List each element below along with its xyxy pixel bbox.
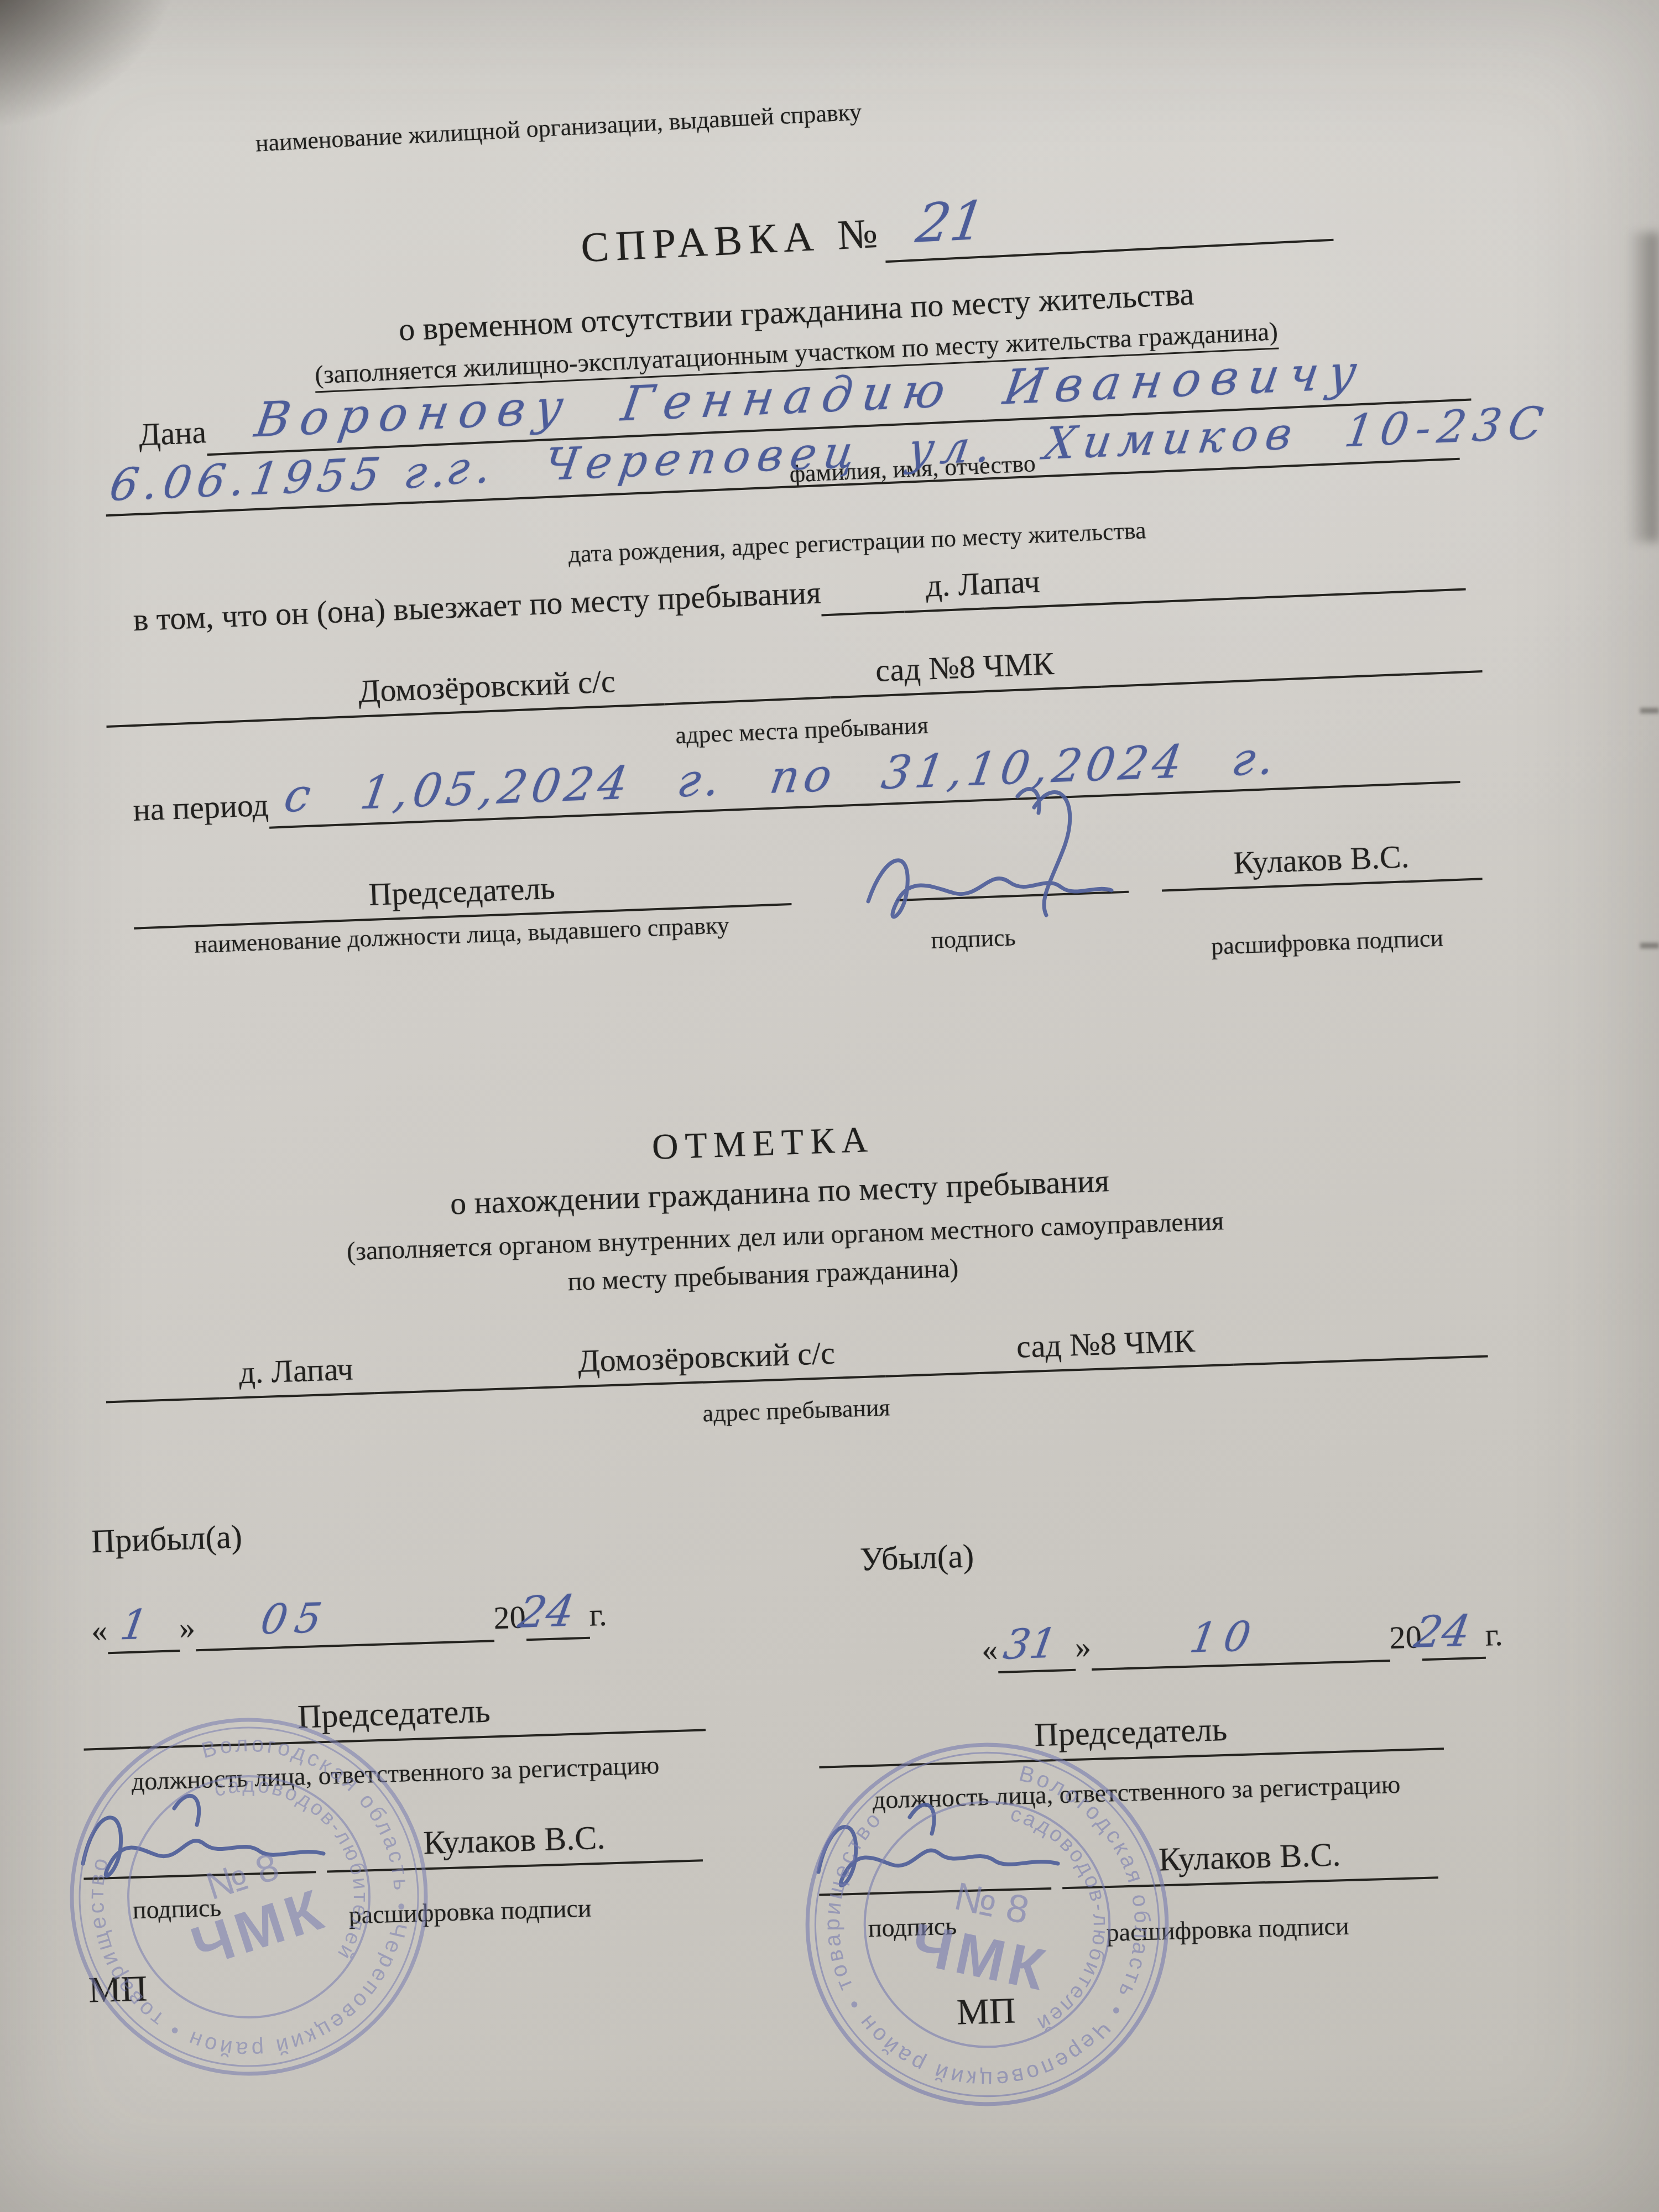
- left-position: Председатель: [82, 1685, 706, 1750]
- paper-edge-shadow: [1620, 232, 1659, 542]
- issuer-name-caption: расшифровка подписи: [1172, 922, 1482, 962]
- stay-part1: Домозёровский с/с: [309, 660, 665, 719]
- otm-addr-part3: сад №8 ЧМК: [978, 1321, 1233, 1374]
- arrived-month-line: 05: [195, 1621, 494, 1651]
- left-name: Кулаков В.С.: [326, 1815, 703, 1872]
- given-label: Дана: [138, 413, 207, 458]
- departed-day-handwritten: 31: [1000, 1620, 1060, 1669]
- left-name-caption: расшифровка подписи: [298, 1892, 641, 1931]
- travel-blank-line: [821, 592, 905, 616]
- arrived-year-suffix: г.: [589, 1596, 608, 1639]
- arrived-quote-close: »: [179, 1609, 196, 1652]
- spravka-title-row: СПРАВКА № 21: [580, 187, 1333, 278]
- spravka-title: СПРАВКА №: [580, 209, 885, 278]
- paper-edge-mark: [1640, 943, 1659, 948]
- otm-blank-1: [106, 1379, 220, 1404]
- arrived-quote-open: «: [91, 1611, 108, 1655]
- travel-row: в том, что он (она) выезжает по месту пр…: [132, 546, 1465, 644]
- travel-value: д. Лапач: [903, 546, 1466, 613]
- right-signature: [805, 1781, 1081, 1913]
- left-signature: [72, 1770, 348, 1902]
- paper-edge-mark: [1640, 708, 1659, 713]
- spravka-number-line: 21: [884, 220, 1333, 263]
- departed-quote-close: »: [1074, 1628, 1092, 1671]
- period-label: на период: [132, 786, 269, 834]
- left-position-row: Председатель: [82, 1685, 706, 1750]
- right-mp: МП: [956, 1990, 1016, 2034]
- travel-label: в том, что он (она) выезжает по месту пр…: [133, 573, 822, 644]
- stay-blank-3: [1100, 651, 1483, 688]
- departed-month-handwritten: 10: [1187, 1613, 1262, 1662]
- otm-addr-part1: д. Лапач: [218, 1349, 374, 1399]
- arrived-month-handwritten: 05: [258, 1594, 333, 1644]
- departed-month-line: 10: [1091, 1641, 1390, 1671]
- arrived-date-row: « 1 » 05 20 24 г.: [91, 1595, 623, 1655]
- departed-day-line: 31: [998, 1650, 1076, 1673]
- departed-year-suffix: г.: [1485, 1616, 1504, 1659]
- otm-blank-2: [374, 1368, 529, 1394]
- right-position: Председатель: [818, 1704, 1444, 1768]
- issuer-signature: [852, 774, 1139, 940]
- stay-blank-2: [664, 677, 830, 705]
- right-name-caption: расшифровка подписи: [1050, 1910, 1405, 1949]
- right-position-row: Председатель: [818, 1704, 1444, 1768]
- period-row: на период с 1,05,2024 г. по 31,10,2024 г…: [132, 740, 1460, 834]
- otmetka-addr-caption: адрес пребывания: [382, 1383, 1212, 1438]
- arrived-year-handwritten: 24: [515, 1586, 578, 1638]
- otm-blank-3: [885, 1353, 979, 1378]
- otmetka-address-row: д. Лапач Домозёровский с/с сад №8 ЧМК: [105, 1313, 1488, 1404]
- issuer-name: Кулаков В.С.: [1160, 835, 1483, 891]
- departed-year-handwritten: 24: [1411, 1606, 1474, 1657]
- otm-blank-4: [1233, 1337, 1488, 1366]
- departed-date-row: « 31 » 10 20 24 г.: [981, 1615, 1535, 1674]
- arrived-label: Прибыл(а): [91, 1514, 368, 1561]
- departed-year-line: 24: [1422, 1638, 1486, 1661]
- departed-quote-open: «: [981, 1631, 998, 1674]
- arrived-day-handwritten: 1: [117, 1601, 151, 1650]
- right-sign-caption: подпись: [840, 1910, 984, 1943]
- otm-addr-part2: Домозёровский с/с: [528, 1333, 885, 1389]
- arrived-day-line: 1: [107, 1631, 180, 1654]
- left-mp: МП: [88, 1968, 148, 2011]
- issuer-row: Председатель Кулаков В.С.: [132, 835, 1482, 929]
- document-photo: наименование жилищной организации, выдав…: [0, 0, 1659, 2212]
- spravka-number-handwritten: 21: [912, 189, 989, 255]
- stay-blank-1: [106, 698, 311, 728]
- stay-part2: сад №8 ЧМК: [828, 643, 1101, 699]
- right-name: Кулаков В.С.: [1061, 1833, 1438, 1889]
- stay-address-row: Домозёровский с/с сад №8 ЧМК: [105, 628, 1482, 728]
- org-caption: наименование жилищной организации, выдав…: [205, 95, 913, 160]
- departed-label: Убыл(а): [859, 1532, 1137, 1579]
- arrived-year-line: 24: [526, 1618, 590, 1641]
